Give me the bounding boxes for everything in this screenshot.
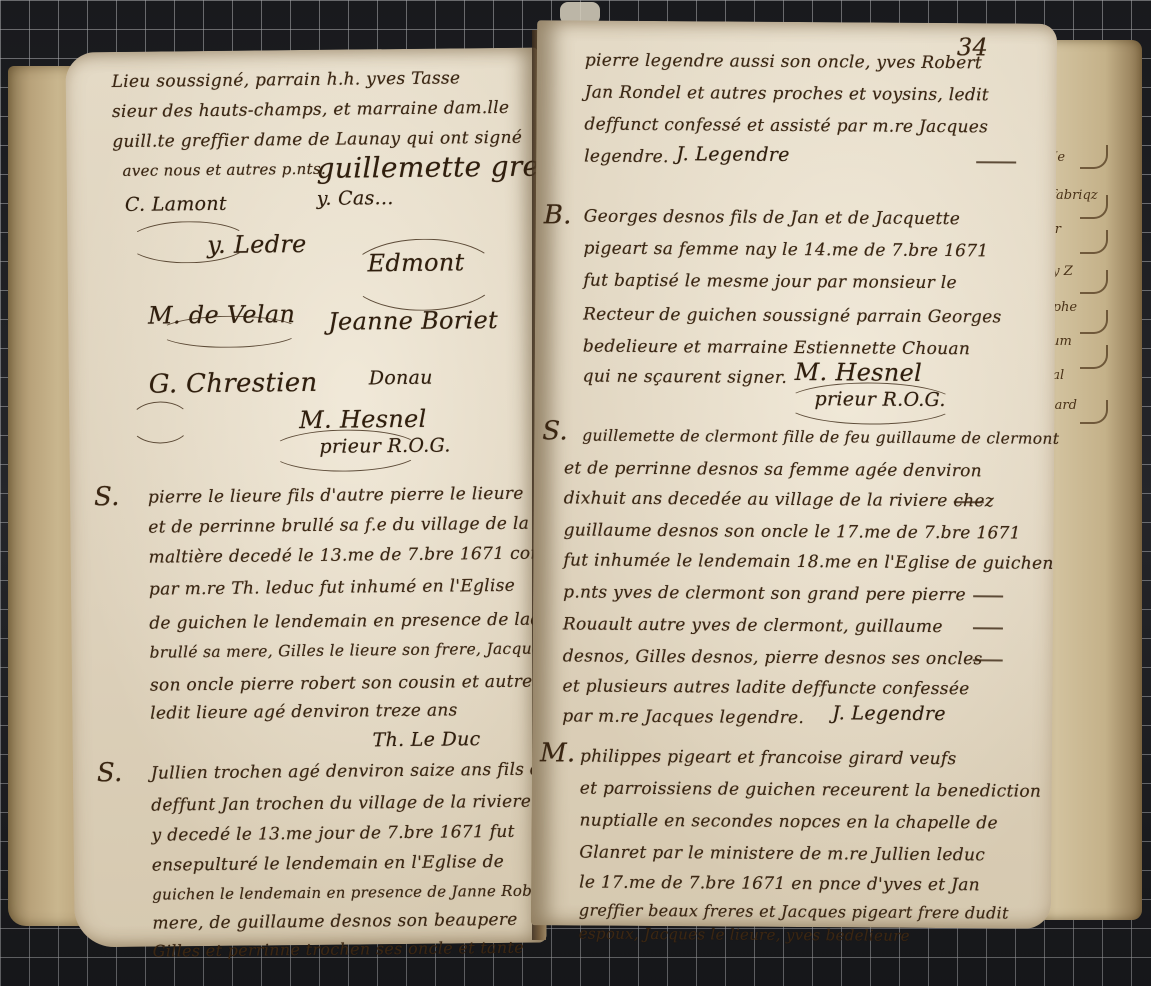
entry-marker: S. [94,482,120,512]
entry-marker: S. [542,416,568,446]
left-top-entry: Lieu soussigné, parrain h.h. yves Tasse … [65,48,537,53]
signature-flourish [129,401,191,444]
text-line: dixhuit ans decedée au village de la riv… [564,488,994,511]
signature: C. Lamont [125,193,227,216]
text-line: philippes pigeart et francoise girard ve… [580,747,957,770]
line-filler-dash [973,659,1003,661]
text-line: legendre. [584,147,669,168]
burial-entry-jullien-trochen: S. Jullien trochen agé denviron saize an… [65,48,537,53]
text-line: guillaume desnos son oncle le 17.me de 7… [564,520,1021,543]
right-top-entry: pierre legendre aussi son oncle, yves Ro… [537,20,1057,24]
text-line: le 17.me de 7.bre 1671 en pnce d'yves et… [579,873,980,896]
text-line: desnos, Gilles desnos, pierre desnos ses… [563,646,983,669]
text-line: par m.re Th. leduc fut inhumé en l'Eglis… [149,576,515,600]
text-line: mere, de guillaume desnos son beaupere [152,910,517,934]
line-filler-dash [973,627,1003,629]
text-line: deffunct confessé et assisté par m.re Ja… [584,115,988,138]
text-line: ledit lieure agé denviron treze ans [150,700,458,723]
marriage-entry-philippes-pigeart: M. philippes pigeart et francoise girard… [537,20,1057,24]
text-line: Jan Rondel et autres proches et voysins,… [585,83,989,106]
text-line: pigeart sa femme nay le 14.me de 7.bre 1… [584,239,989,262]
signature: y. Cas... [317,187,394,210]
baptism-entry-georges-desnos: B. Georges desnos fils de Jan et de Jacq… [537,20,1057,24]
signature: J. Legendre [676,143,790,166]
text-line: son oncle pierre robert son cousin et au… [150,672,542,696]
signature-flourish [158,315,300,348]
line-filler-dash [976,161,1016,163]
signature-flourish [784,382,956,425]
signature: Th. Le Duc [372,728,480,751]
signature: Donau [369,367,433,390]
text-line: et parroissiens de guichen receurent la … [580,779,1042,802]
text-line: avec nous et autres p.nts. [122,160,326,180]
text-line: deffunt Jan trochen du village de la riv… [151,792,531,816]
text-line: espoux, Jacques le lieure, yves bedelieu… [579,925,910,945]
text-line: Rouault autre yves de clermont, guillaum… [563,614,943,637]
entry-marker: S. [97,758,123,788]
text-line: pierre legendre aussi son oncle, yves Ro… [585,51,982,74]
burial-entry-guillemette-de-clermont: S. guillemette de clermont fille de feu … [537,20,1057,24]
text-line: guillemette de clermont fille de feu gui… [582,427,1059,448]
entry-marker: M. [540,738,576,768]
signature-flourish [269,429,421,473]
line-filler-dash [973,595,1003,597]
text-line: Lieu soussigné, parrain h.h. yves Tasse [112,68,461,92]
text-line: et plusieurs autres ladite deffuncte con… [562,676,969,699]
entry-marker: B. [544,200,572,230]
text-line: Georges desnos fils de Jan et de Jacquet… [584,207,960,230]
text-line: Jullien trochen agé denviron saize ans f… [151,759,552,783]
text-line: et de perrinne desnos sa femme agée denv… [564,458,982,481]
text-line: nuptialle en secondes nopces en la chape… [580,811,998,834]
line-filler-dash [954,501,984,503]
text-line: Glanret par le ministere de m.re Jullien… [579,843,985,866]
signature: J. Legendre [832,702,946,725]
text-line: maltière decedé le 13.me de 7.bre 1671 c… [149,543,588,568]
text-line: qui ne sçaurent signer. [583,367,788,388]
text-line: sieur des hauts-champs, et marraine dam.… [112,98,510,122]
text-line: y decedé le 13.me jour de 7.bre 1671 fut [151,822,514,846]
text-line: de guichen le lendemain en presence de l… [149,609,547,633]
text-line: bedelieure et marraine Estiennette Choua… [583,337,970,360]
signature: G. Chrestien [149,368,318,400]
text-line: guill.te greffier dame de Launay qui ont… [112,128,522,152]
text-line: fut baptisé le mesme jour par monsieur l… [583,271,957,294]
text-line: par m.re Jacques legendre. [562,706,804,728]
text-line: p.nts yves de clermont son grand pere pi… [563,582,966,605]
signatures-block: guillemette greffier y. Cas... C. Lamont… [65,48,537,53]
text-line: Recteur de guichen soussigné parrain Geo… [583,305,1002,328]
burial-entry-pierre-le-lieure: S. pierre le lieure fils d'autre pierre … [65,48,537,53]
text-line: ensepulturé le lendemain en l'Eglise de [152,852,504,876]
left-page: Lieu soussigné, parrain h.h. yves Tasse … [65,48,546,948]
text-line: fut inhumée le lendemain 18.me en l'Egli… [563,550,1053,573]
text-line: Gilles et perrinne trochen ses oncle et … [153,938,524,961]
text-line: greffier beaux freres et Jacques pigeart… [579,901,1009,923]
signature-flourish [347,238,500,312]
text-line: guichen le lendemain en presence de Jann… [152,881,577,903]
text-line: et de perrinne brullé sa f.e du village … [148,514,529,538]
text-line: pierre le lieure fils d'autre pierre le … [148,484,524,508]
right-page: 34 pierre legendre aussi son oncle, yves… [531,20,1057,929]
